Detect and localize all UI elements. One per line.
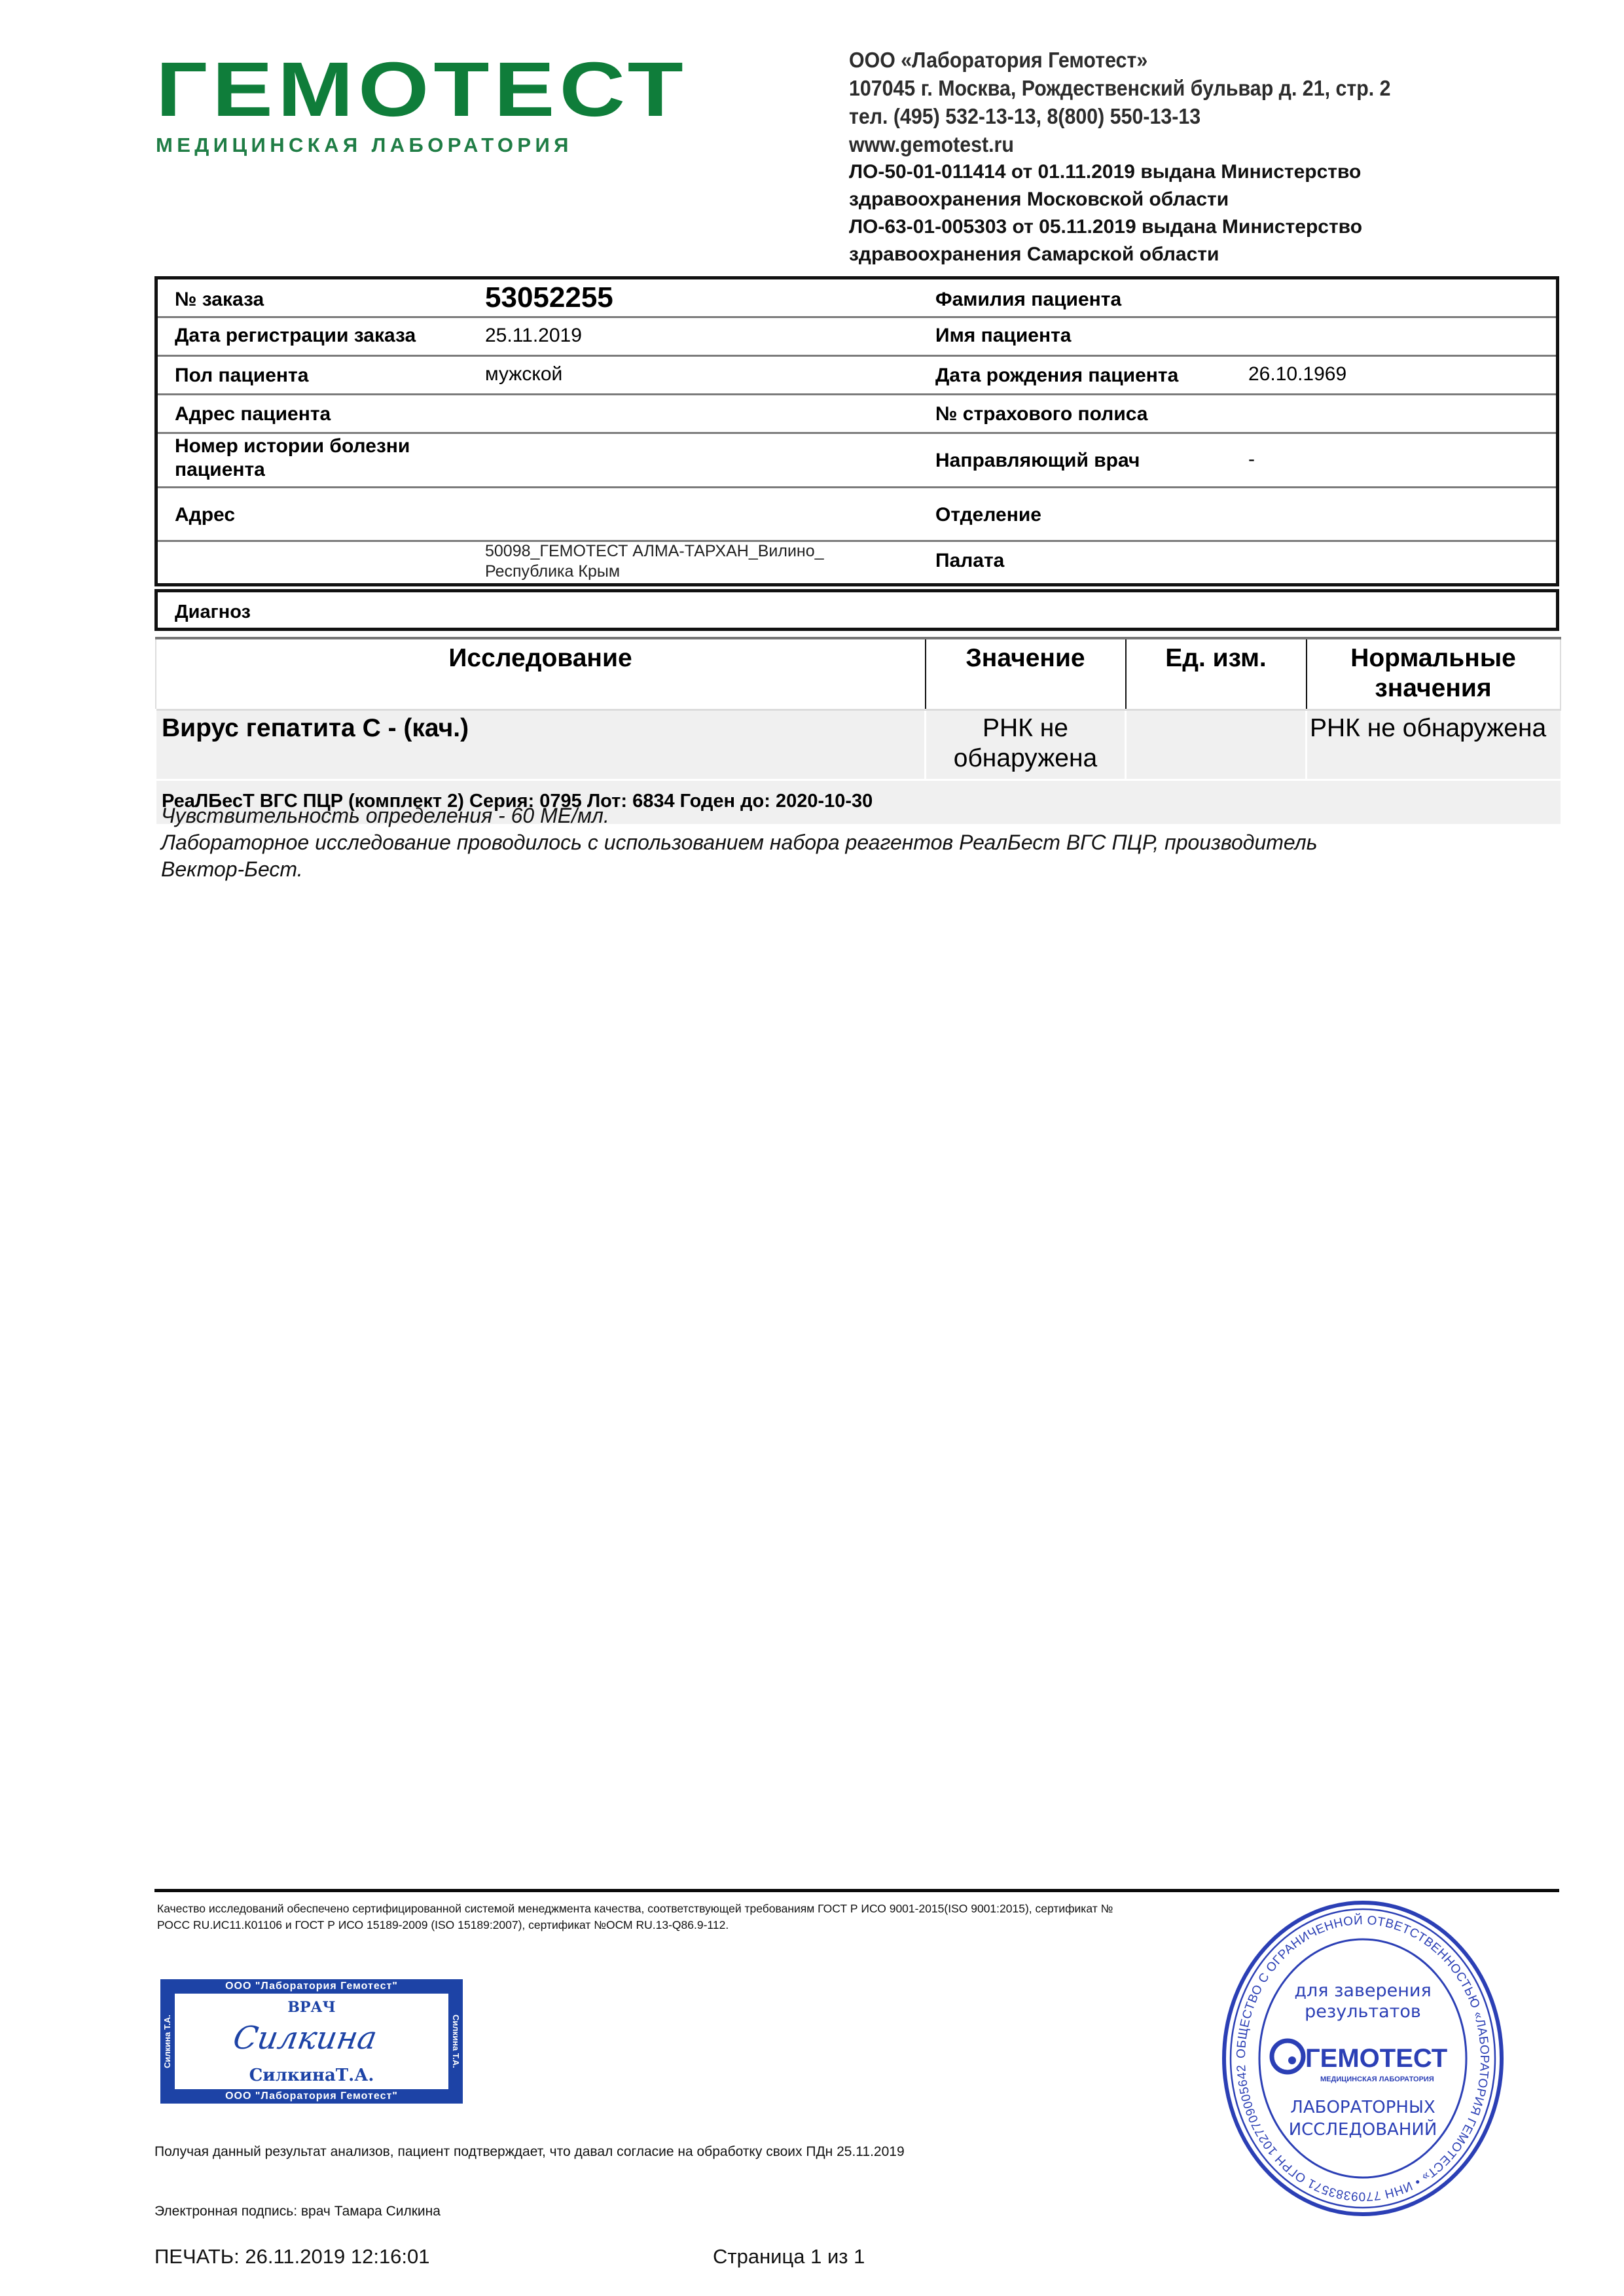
stamp-side-left: Силкина Т.А. — [160, 1994, 175, 2089]
ward-label: Палата — [935, 549, 1004, 573]
notes: Чувствительность определения - 60 МЕ/мл.… — [161, 802, 1562, 883]
page-number: Страница 1 из 1 — [713, 2245, 865, 2269]
test-reference: РНК не обнаружена — [1307, 710, 1561, 780]
first-name-label: Имя пациента — [935, 324, 1071, 348]
info-row-order: № заказа 53052255 Фамилия пациента — [158, 279, 1556, 318]
method-note: Лабораторное исследование проводилось с … — [161, 829, 1562, 856]
electronic-signature: Электронная подпись: врач Тамара Силкина — [154, 2204, 441, 2219]
sensitivity-note: Чувствительность определения - 60 МЕ/мл. — [161, 802, 1562, 829]
method-note-cont: Вектор-Бест. — [161, 856, 1562, 883]
license-line: ЛО-50-01-011414 от 01.11.2019 выдана Мин… — [849, 158, 1569, 186]
order-number-label: № заказа — [175, 288, 264, 312]
order-number-value: 53052255 — [485, 282, 613, 314]
logo-tagline: МЕДИЦИНСКАЯ ЛАБОРАТОРИЯ — [156, 134, 653, 157]
department-label: Отделение — [935, 503, 1041, 527]
seal-line2: результатов — [1305, 2001, 1421, 2022]
seal-logo-sub: МЕДИЦИНСКАЯ ЛАБОРАТОРИЯ — [1320, 2075, 1434, 2083]
sex-value: мужской — [485, 363, 562, 386]
header-test: Исследование — [156, 638, 926, 710]
registration-date-label: Дата регистрации заказа — [175, 324, 416, 348]
results-table: Исследование Значение Ед. изм. Нормальны… — [154, 637, 1559, 824]
test-value: РНК не обнаружена — [926, 710, 1126, 780]
gemotest-logo: ГЕМОТЕСТ МЕДИЦИНСКАЯ ЛАБОРАТОРИЯ — [156, 51, 653, 157]
license-line: ЛО-63-01-005303 от 05.11.2019 выдана Мин… — [849, 213, 1569, 241]
table-row: Вирус гепатита С - (кач.) РНК не обнаруж… — [156, 710, 1561, 780]
lab-office-value: 50098_ГЕМОТЕСТ АЛМА-ТАРХАН_Вилино_ Респу… — [485, 541, 852, 582]
diagnosis-box: Диагноз — [154, 589, 1559, 631]
registration-date-value: 25.11.2019 — [485, 324, 582, 348]
info-row-history: Номер истории болезни пациента Направляю… — [158, 432, 1556, 488]
company-address: 107045 г. Москва, Рождественский бульвар… — [849, 74, 1511, 102]
footer-divider — [154, 1889, 1559, 1892]
logo-wordmark: ГЕМОТЕСТ — [156, 51, 743, 128]
seal-line3: ЛАБОРАТОРНЫХ — [1290, 2098, 1435, 2117]
header-value: Значение — [926, 638, 1126, 710]
referring-doctor-value: - — [1248, 448, 1255, 471]
history-number-label: Номер истории болезни пациента — [175, 435, 463, 482]
surname-label: Фамилия пациента — [935, 288, 1121, 312]
seal-icon: ОБЩЕСТВО С ОГРАНИЧЕННОЙ ОТВЕТСТВЕННОСТЬЮ… — [1219, 1898, 1507, 2219]
sex-label: Пол пациента — [175, 364, 308, 387]
results-header-row: Исследование Значение Ед. изм. Нормальны… — [156, 638, 1561, 710]
stamp-inner: ВРАЧ Силкина СилкинаТ.А. — [175, 1994, 448, 2089]
diagnosis-label: Диагноз — [175, 600, 251, 624]
consent-text: Получая данный результат анализов, пацие… — [154, 2144, 905, 2160]
header-unit: Ед. изм. — [1126, 638, 1307, 710]
seal-line4: ИССЛЕДОВАНИЙ — [1289, 2119, 1437, 2140]
header-reference: Нормальные значения — [1307, 638, 1561, 710]
license-line: здравоохранения Самарской области — [849, 241, 1569, 268]
birthdate-label: Дата рождения пациента — [935, 364, 1178, 387]
test-unit — [1126, 710, 1307, 780]
doctor-stamp: ООО "Лаборатория Гемотест" ООО "Лаборато… — [160, 1979, 463, 2104]
info-row-address: Адрес пациента № страхового полиса — [158, 393, 1556, 434]
insurance-label: № страхового полиса — [935, 403, 1148, 426]
birthdate-value: 26.10.1969 — [1248, 363, 1346, 386]
certification-text: Качество исследований обеспечено сертифи… — [157, 1901, 1126, 1933]
company-phone: тел. (495) 532-13-13, 8(800) 550-13-13 — [849, 102, 1511, 130]
info-row-regdate: Дата регистрации заказа 25.11.2019 Имя п… — [158, 316, 1556, 357]
info-row-sex: Пол пациента мужской Дата рождения пацие… — [158, 355, 1556, 395]
stamp-title: ВРАЧ — [175, 1999, 448, 2016]
doctor-signature: Силкина — [230, 2020, 380, 2056]
stamp-org-bottom: ООО "Лаборатория Гемотест" — [160, 2089, 463, 2104]
company-info: ООО «Лаборатория Гемотест» 107045 г. Мос… — [849, 46, 1569, 268]
company-name: ООО «Лаборатория Гемотест» — [849, 46, 1511, 74]
print-timestamp: ПЕЧАТЬ: 26.11.2019 12:16:01 — [154, 2245, 430, 2269]
test-name: Вирус гепатита С - (кач.) — [156, 710, 926, 780]
stamp-doctor-name: СилкинаТ.А. — [175, 2066, 448, 2085]
stamp-org-top: ООО "Лаборатория Гемотест" — [160, 1979, 463, 1994]
company-website[interactable]: www.gemotest.ru — [849, 130, 1511, 158]
seal-line1: для заверения — [1294, 1981, 1431, 2001]
referring-doctor-label: Направляющий врач — [935, 449, 1140, 473]
license-line: здравоохранения Московской области — [849, 186, 1569, 213]
info-row-addr: Адрес Отделение — [158, 486, 1556, 542]
patient-info-table: № заказа 53052255 Фамилия пациента Дата … — [154, 276, 1559, 586]
seal-logo: ГЕМОТЕСТ — [1305, 2044, 1447, 2073]
patient-address-label: Адрес пациента — [175, 403, 331, 426]
info-row-ward: 50098_ГЕМОТЕСТ АЛМА-ТАРХАН_Вилино_ Респу… — [158, 540, 1556, 583]
address-label: Адрес — [175, 503, 235, 527]
round-seal: ОБЩЕСТВО С ОГРАНИЧЕННОЙ ОТВЕТСТВЕННОСТЬЮ… — [1219, 1898, 1507, 2219]
stamp-side-right: Силкина Т.А. — [448, 1994, 463, 2089]
